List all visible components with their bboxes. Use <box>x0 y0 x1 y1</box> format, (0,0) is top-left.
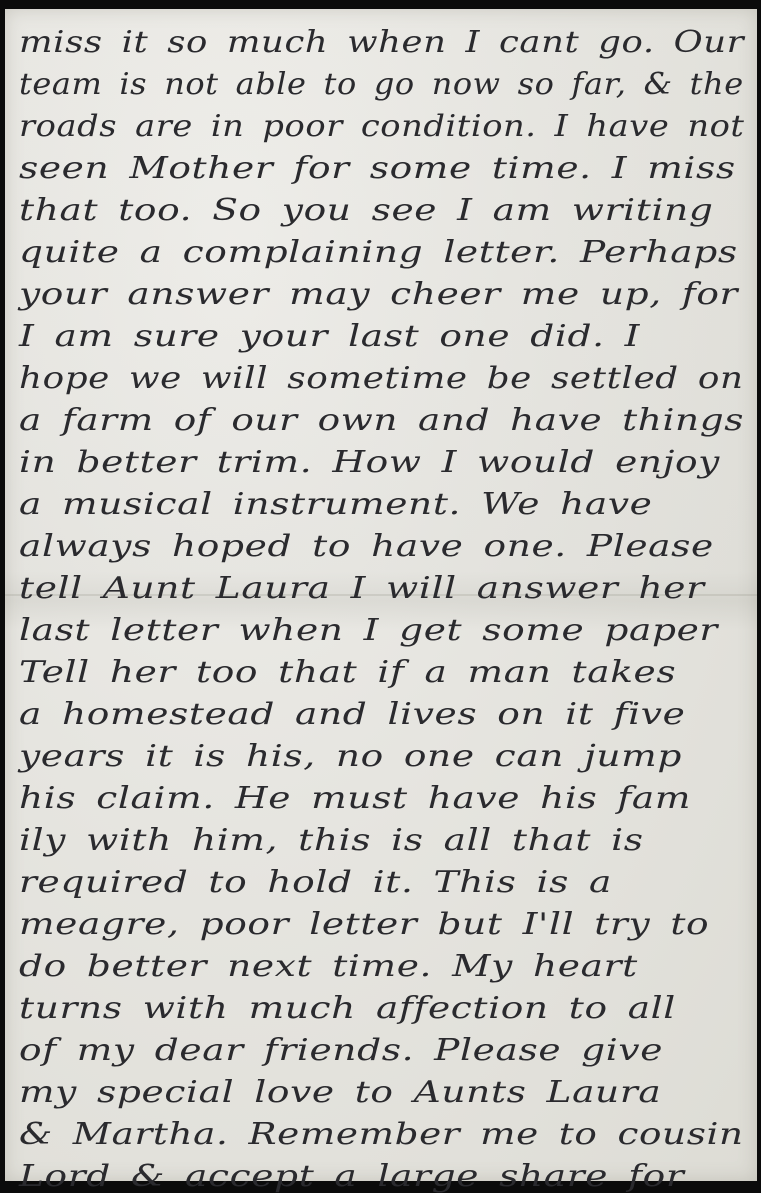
letter-line: ily with him, this is all that is <box>19 817 644 865</box>
letter-line: years it is his, no one can jump <box>19 733 682 781</box>
letter-line: tell Aunt Laura I will answer her <box>19 565 705 613</box>
letter-line: seen Mother for some time. I miss <box>19 145 736 193</box>
letter-line: last letter when I get some paper <box>19 607 718 655</box>
letter-line: that too. So you see I am writing <box>19 187 713 235</box>
letter-line: a farm of our own and have things <box>19 397 744 445</box>
letter-line: my special love to Aunts Laura <box>19 1069 661 1117</box>
letter-line: in better trim. How I would enjoy <box>19 439 720 487</box>
letter-line: a homestead and lives on it five <box>19 691 685 739</box>
letter-line: of my dear friends. Please give <box>19 1027 663 1075</box>
letter-line: do better next time. My heart <box>19 943 638 991</box>
letter-line: Lord & accept a large share for <box>19 1153 684 1193</box>
letter-line: & Martha. Remember me to cousin <box>19 1111 744 1159</box>
letter-line: hope we will sometime be settled on <box>19 355 744 403</box>
letter-line: I am sure your last one did. I <box>19 313 640 361</box>
letter-line: meagre, poor letter but I'll try to <box>19 901 709 949</box>
scan-background: miss it so much when I cant go. Our team… <box>0 0 761 1193</box>
letter-line: required to hold it. This is a <box>19 859 612 907</box>
letter-line: your answer may cheer me up, for <box>19 271 738 319</box>
letter-line: turns with much affection to all <box>19 985 676 1033</box>
letter-line: always hoped to have one. Please <box>19 523 714 571</box>
letter-line: roads are in poor condition. I have not <box>19 103 745 151</box>
letter-line: team is not able to go now so far, & the <box>19 61 744 109</box>
letter-paper: miss it so much when I cant go. Our team… <box>5 9 757 1181</box>
letter-line: a musical instrument. We have <box>19 481 652 529</box>
letter-line: his claim. He must have his fam <box>19 775 691 823</box>
letter-line: quite a complaining letter. Perhaps <box>19 229 738 277</box>
letter-line: Tell her too that if a man takes <box>19 649 676 697</box>
letter-line: miss it so much when I cant go. Our <box>19 19 744 67</box>
